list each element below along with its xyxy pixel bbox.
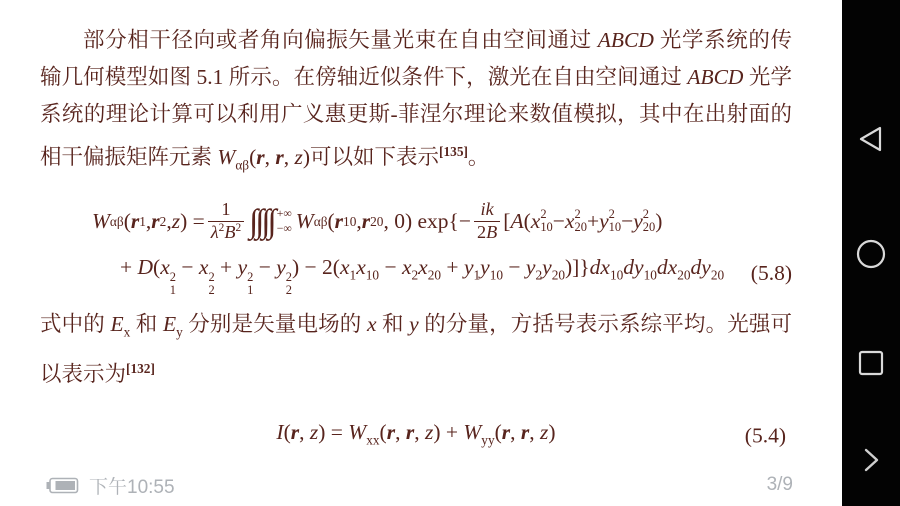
recents-square-icon [856,348,886,378]
home-button[interactable] [851,234,891,274]
paragraph-2: 式中的 Ex 和 Ey 分别是矢量电场的 x 和 y 的分量，方括号表示系综平均… [40,306,792,393]
page-indicator: 3/9 [767,474,793,496]
paragraph-1: 部分相干径向或者角向偏振矢量光束在自由空间通过 ABCD 光学系统的传输几何模型… [40,22,792,183]
equation-5-8-line2: + D(x21 − x22 + y21 − y22) − 2(x1x10 − x… [40,249,792,298]
reader-screen: 部分相干径向或者角向偏振矢量光束在自由空间通过 ABCD 光学系统的传输几何模型… [0,0,900,506]
equation-5-4: I(r, z) = Wxx(r, r, z) + Wyy(r, r, z) (5… [40,414,792,458]
equation-number-5-8: (5.8) [751,255,792,292]
recents-button[interactable] [851,343,891,383]
hide-navbar-button[interactable] [851,440,891,480]
nav-bar [842,0,900,506]
chevron-right-icon [860,445,882,475]
page-content[interactable]: 部分相干径向或者角向偏振矢量光束在自由空间通过 ABCD 光学系统的传输几何模型… [40,22,792,458]
back-button[interactable] [851,119,891,159]
equation-number-5-4: (5.4) [745,417,786,454]
back-triangle-icon [856,123,886,155]
home-circle-icon [855,238,887,270]
equation-5-8: Wαβ(r1, r2, z) = 1λ2B2∫∫∫∫+∞−∞Wαβ(r10, r… [40,193,792,298]
battery-icon [46,477,79,494]
equation-5-8-line1: Wαβ(r1, r2, z) = 1λ2B2∫∫∫∫+∞−∞Wαβ(r10, r… [40,193,792,249]
equation-5-4-body: I(r, z) = Wxx(r, r, z) + Wyy(r, r, z) [276,414,555,458]
status-bar: 下午10:55 3/9 [0,464,842,506]
clock-text: 下午10:55 [89,472,175,499]
equation-5-8-line2-body: + D(x21 − x22 + y21 − y22) − 2(x1x10 − x… [120,249,724,298]
